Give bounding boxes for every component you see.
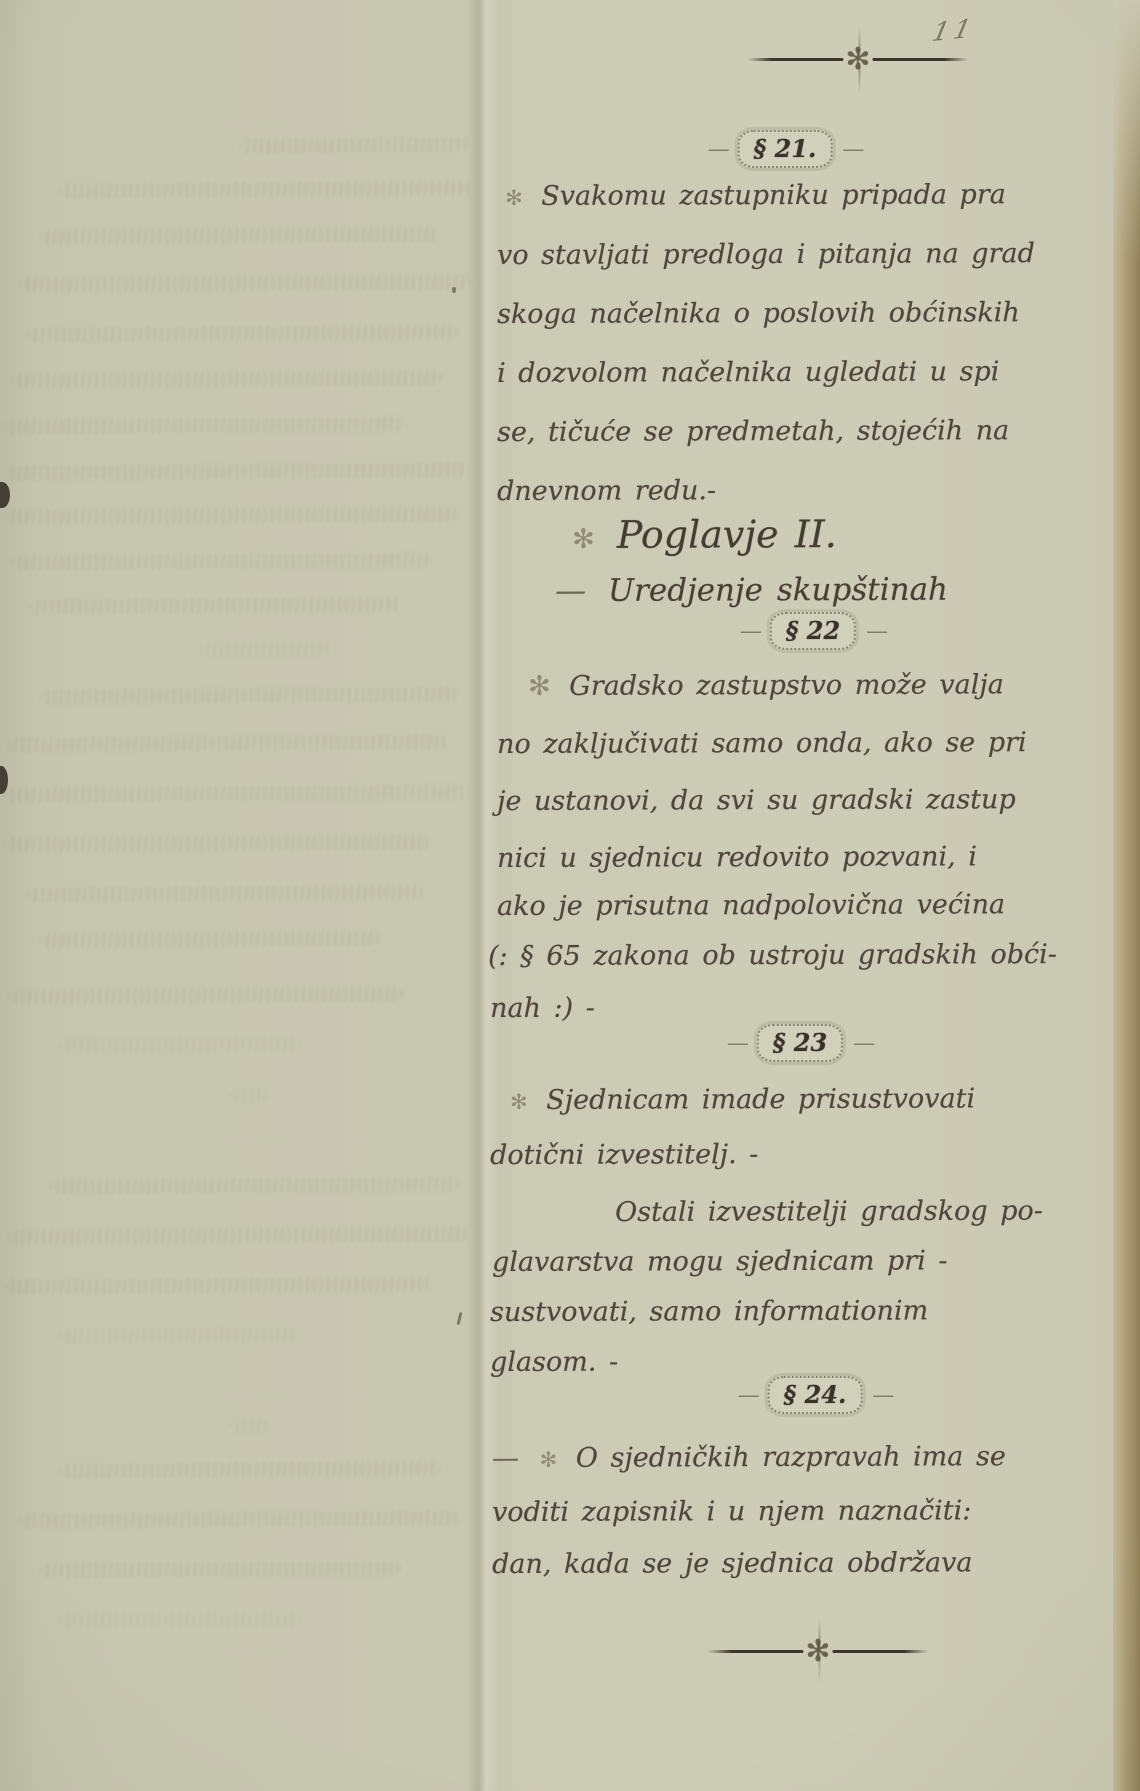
section-marker-23: — § 23 — — [727, 1024, 873, 1062]
flourish-icon: ✻ — [572, 524, 592, 555]
section-number: § 24. — [768, 1376, 863, 1414]
manuscript-line: Ostali izvestitelji gradskog po- — [615, 1195, 1043, 1230]
flourish-icon: ✻ — [510, 1090, 525, 1114]
manuscript-line: ✻ Svakomu zastupniku pripada pra — [505, 178, 1006, 213]
manuscript-line: se, tičuće se predmetah, stojećih na — [497, 414, 1009, 450]
bottom-divider-ornament: ✻ — [707, 1650, 928, 1653]
manuscript-line: nah :) - — [490, 992, 595, 1026]
manuscript-line: glasom. - — [490, 1346, 618, 1380]
cartouche-dash: — — [727, 1031, 747, 1056]
page-number: 11 — [929, 14, 978, 48]
cartouche-dash: — — [738, 1383, 758, 1408]
manuscript-line: dnevnom redu.- — [497, 474, 716, 509]
top-divider-ornament: ✻ — [747, 58, 968, 61]
cartouche-dash: — — [866, 619, 886, 644]
section-number: § 22 — [770, 612, 856, 650]
cartouche-dash: — — [708, 137, 728, 162]
subtitle-text: Uredjenje skupštinah — [608, 572, 948, 609]
manuscript-line: ✻ Gradsko zastupstvo može valja — [528, 668, 1004, 703]
cartouche-dash: — — [853, 1031, 873, 1056]
manuscript-line: no zaključivati samo onda, ako se pri — [497, 726, 1027, 762]
manuscript-line: glavarstva mogu sjednicam pri - — [492, 1244, 948, 1279]
manuscript-line: je ustanovi, da svi su gradski zastup — [497, 783, 1016, 819]
section-number: § 23 — [757, 1024, 843, 1062]
chapter-heading: ✻ Poglavje II. — [572, 511, 837, 559]
manuscript-line: dan, kada se je sjednica obdržava — [492, 1546, 973, 1581]
cartouche-dash: — — [842, 137, 862, 162]
section-number: § 21. — [738, 130, 833, 168]
section-marker-21: — § 21. — — [708, 130, 863, 168]
manuscript-line: voditi zapisnik i u njem naznačiti: — [492, 1494, 971, 1529]
flourish-icon: ✻ — [528, 671, 548, 702]
divider-line — [707, 1650, 803, 1653]
line-text: Gradsko zastupstvo može valja — [569, 669, 1004, 702]
manuscript-scan: 11 ✻ — § 21. — ✻ Svakomu zastupniku prip… — [0, 0, 1140, 1791]
divider-line — [833, 1650, 929, 1653]
manuscript-line: vo stavljati predloga i pitanja na grad — [497, 237, 1035, 273]
flourish-dash: — — [492, 1443, 519, 1474]
flourish-icon: ✻ — [540, 1448, 555, 1472]
chapter-subtitle: — Uredjenje skupštinah — [555, 571, 948, 611]
cartouche-dash: — — [872, 1383, 892, 1408]
manuscript-line: (: § 65 zakona ob ustroju gradskih obći- — [488, 938, 1057, 974]
divider-line — [747, 58, 843, 61]
line-text: O sjedničkih razpravah ima se — [576, 1441, 1006, 1474]
manuscript-line: dotični izvestitelj. - — [490, 1138, 758, 1173]
manuscript-line: nici u sjednicu redovito pozvani, i — [497, 840, 977, 875]
flourish-icon: ✻ — [505, 186, 520, 210]
manuscript-line: ako je prisutna nadpolovična većina — [497, 888, 1005, 924]
manuscript-line: sustvovati, samo informationim — [490, 1294, 928, 1329]
manuscript-line: i dozvolom načelnika ugledati u spi — [497, 355, 999, 391]
manuscript-line: skoga načelnika o poslovih obćinskih — [497, 296, 1020, 332]
book-page-edge — [1113, 0, 1140, 1791]
cartouche-dash: — — [740, 619, 760, 644]
chapter-title: Poglavje II. — [617, 512, 837, 557]
line-text: Svakomu zastupniku pripada pra — [541, 179, 1006, 212]
manuscript-line: ✻ Sjednicam imade prisustvovati — [510, 1082, 975, 1117]
section-marker-24: — § 24. — — [738, 1376, 893, 1414]
divider-line — [873, 58, 969, 61]
flourish-dash: — — [555, 573, 586, 609]
pencil-dot — [452, 287, 456, 293]
manuscript-line: — ✻ O sjedničkih razpravah ima se — [492, 1440, 1006, 1476]
section-marker-22: — § 22 — — [740, 612, 886, 650]
line-text: Sjednicam imade prisustvovati — [546, 1083, 975, 1115]
